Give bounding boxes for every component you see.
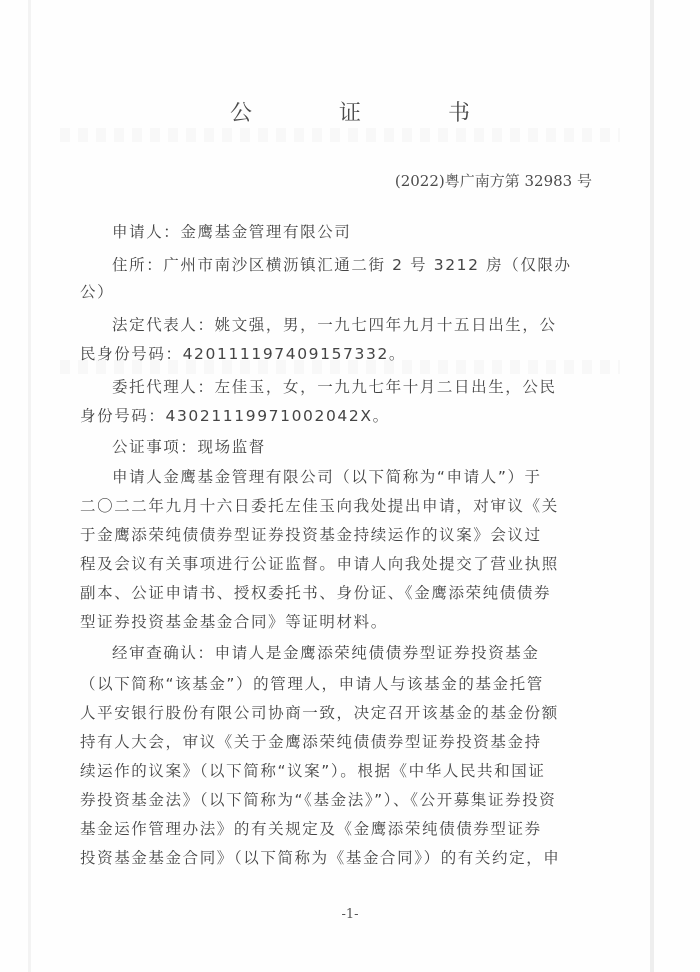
body-paragraph-2: 基金运作管理办法》的有关规定及《金鹰添荣纯债债券型证券 bbox=[80, 819, 600, 839]
document-number: (2022)粤广南方第 32983 号 bbox=[395, 170, 592, 191]
body-paragraph-2: 投资基金基金合同》（以下简称为《基金合同》）的有关约定，申 bbox=[80, 848, 600, 868]
page-number: -1- bbox=[0, 907, 700, 922]
body-paragraph-1: 程及会议有关事项进行公证监督。申请人向我处提交了营业执照 bbox=[80, 554, 600, 574]
body-paragraph-2: 经审查确认：申请人是金鹰添荣纯债债券型证券投资基金 bbox=[112, 643, 632, 663]
document-page: 公 证 书 (2022)粤广南方第 32983 号 申请人：金鹰基金管理有限公司… bbox=[0, 0, 700, 972]
legal-rep-line: 法定代表人：姚文强，男，一九七四年九月十五日出生，公 bbox=[112, 315, 632, 335]
body-paragraph-1: 于金鹰添荣纯债债券型证券投资基金持续运作的议案》会议过 bbox=[80, 525, 600, 545]
legal-rep-line-cont: 民身份号码：420111197409157332。 bbox=[80, 344, 600, 364]
bleed-through-artifact bbox=[60, 128, 620, 142]
applicant-line: 申请人：金鹰基金管理有限公司 bbox=[112, 222, 632, 242]
body-paragraph-2: 持有人大会，审议《关于金鹰添荣纯债债券型证券投资基金持 bbox=[80, 732, 600, 752]
body-paragraph-1: 二〇二二年九月十六日委托左佳玉向我处提出申请，对审议《关 bbox=[80, 496, 600, 516]
scan-edge-left bbox=[28, 0, 31, 972]
address-line: 住所：广州市南沙区横沥镇汇通二街 2 号 3212 房（仅限办 bbox=[112, 255, 632, 275]
document-title: 公 证 书 bbox=[0, 96, 700, 127]
address-line-cont: 公） bbox=[80, 282, 600, 302]
body-paragraph-2: （以下简称“该基金”）的管理人，申请人与该基金的基金托管 bbox=[80, 674, 600, 694]
agent-line: 委托代理人：左佳玉，女，一九九七年十月二日出生，公民 bbox=[112, 377, 632, 397]
agent-line-cont: 身份号码：43021119971002042X。 bbox=[80, 406, 600, 426]
body-paragraph-1: 副本、公证申请书、授权委托书、身份证、《金鹰添荣纯债债券 bbox=[80, 583, 600, 603]
body-paragraph-2: 人平安银行股份有限公司协商一致，决定召开该基金的基金份额 bbox=[80, 703, 600, 723]
scan-edge-right bbox=[650, 0, 654, 972]
body-paragraph-1: 申请人金鹰基金管理有限公司（以下简称为“申请人”）于 bbox=[112, 467, 632, 487]
notary-matter-line: 公证事项：现场监督 bbox=[112, 437, 632, 457]
body-paragraph-2: 续运作的议案》（以下简称“议案”）。根据《中华人民共和国证 bbox=[80, 761, 600, 781]
body-paragraph-1: 型证券投资基金基金合同》等证明材料。 bbox=[80, 612, 600, 632]
body-paragraph-2: 券投资基金法》（以下简称为“《基金法》”）、《公开募集证券投资 bbox=[80, 790, 600, 810]
